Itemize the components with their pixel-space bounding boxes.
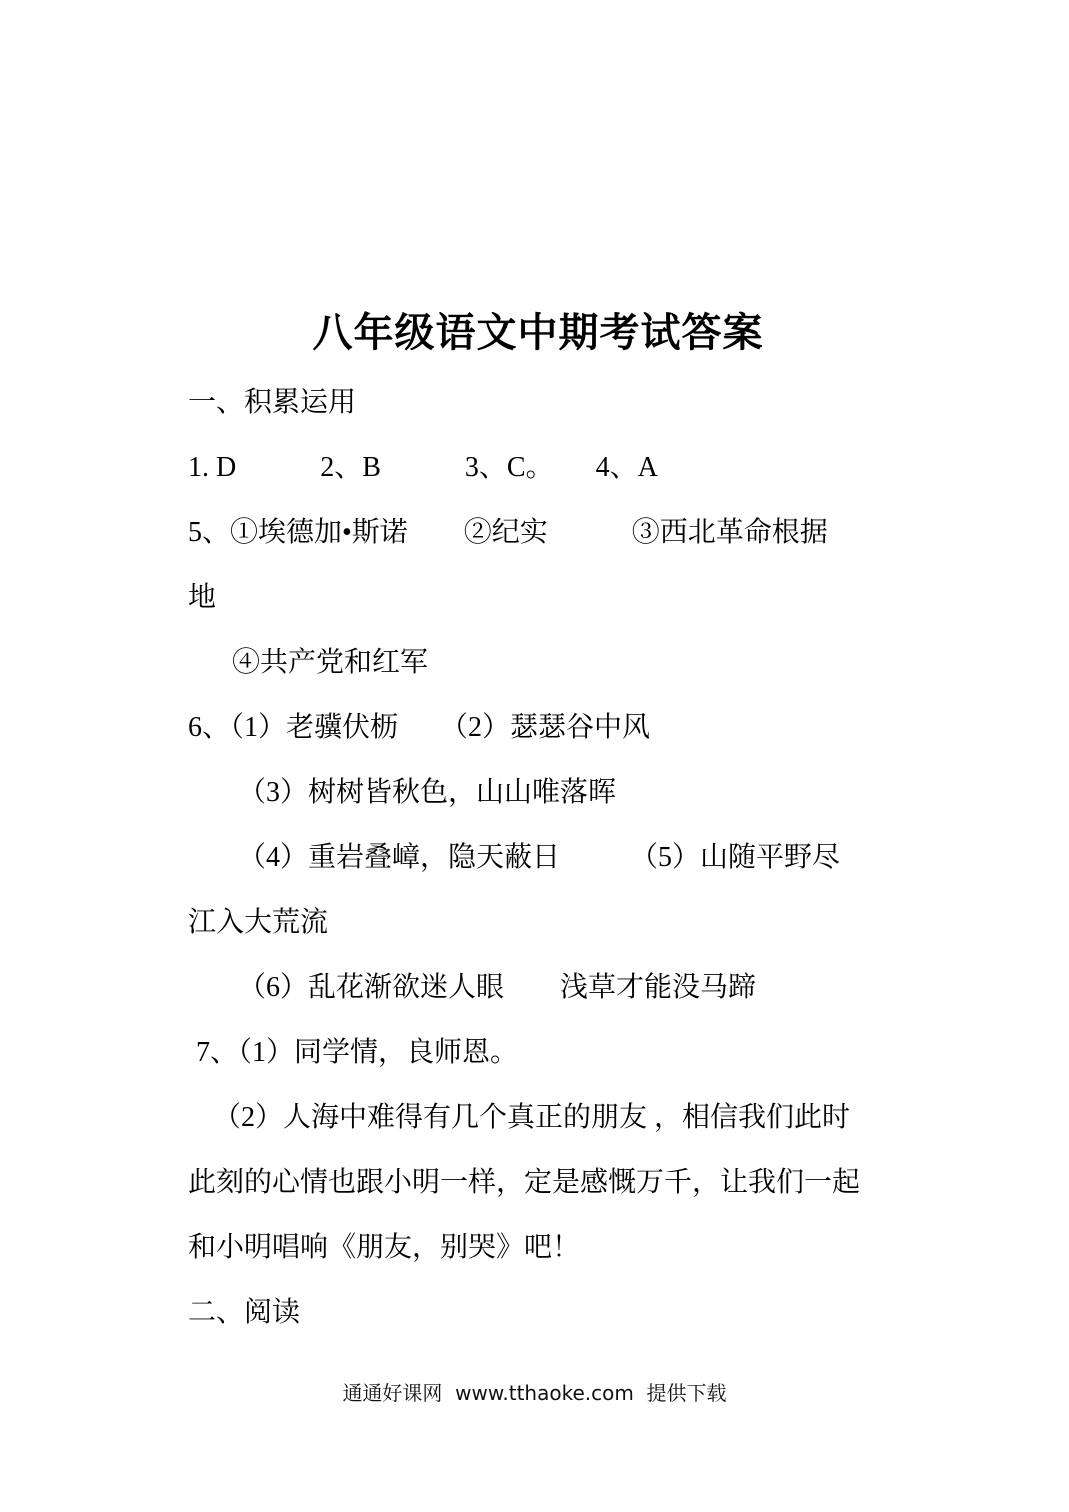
answer-line: （4）重岩叠嶂，隐天蔽日 （5）山随平野尽 [188, 825, 898, 890]
answer-line: 江入大荒流 [188, 890, 898, 955]
answer-line: 此刻的心情也跟小明一样，定是感慨万千，让我们一起 [188, 1150, 898, 1215]
answer-line: 地 [188, 565, 898, 630]
answer-line: 5、①埃德加•斯诺 ②纪实 ③西北革命根据 [188, 500, 898, 565]
answer-line: ④共产党和红军 [188, 630, 898, 695]
document-body: 一、积累运用 1. D 2、B 3、C。 4、A 5、①埃德加•斯诺 ②纪实 ③… [188, 370, 898, 1345]
answer-line: （6）乱花渐欲迷人眼 浅草才能没马蹄 [188, 955, 898, 1020]
answer-line: 和小明唱响《朋友，别哭》吧！ [188, 1215, 898, 1280]
footer-watermark: 通通好课网 www.tthaoke.com 提供下载 [0, 1378, 1069, 1408]
answer-line: （3）树树皆秋色，山山唯落晖 [188, 760, 898, 825]
document-page: 八年级语文中期考试答案 一、积累运用 1. D 2、B 3、C。 4、A 5、①… [0, 0, 1069, 1512]
answer-line: 6、（1）老骥伏枥 （2）瑟瑟谷中风 [188, 695, 898, 760]
page-title: 八年级语文中期考试答案 [188, 303, 888, 363]
section-heading-1: 一、积累运用 [188, 370, 898, 435]
answer-line: 1. D 2、B 3、C。 4、A [188, 435, 898, 500]
section-heading-2: 二、阅读 [188, 1280, 898, 1345]
answer-line: 7、（1）同学情，良师恩。 [188, 1020, 898, 1085]
answer-line: （2）人海中难得有几个真正的朋友 ，相信我们此时 [188, 1085, 898, 1150]
